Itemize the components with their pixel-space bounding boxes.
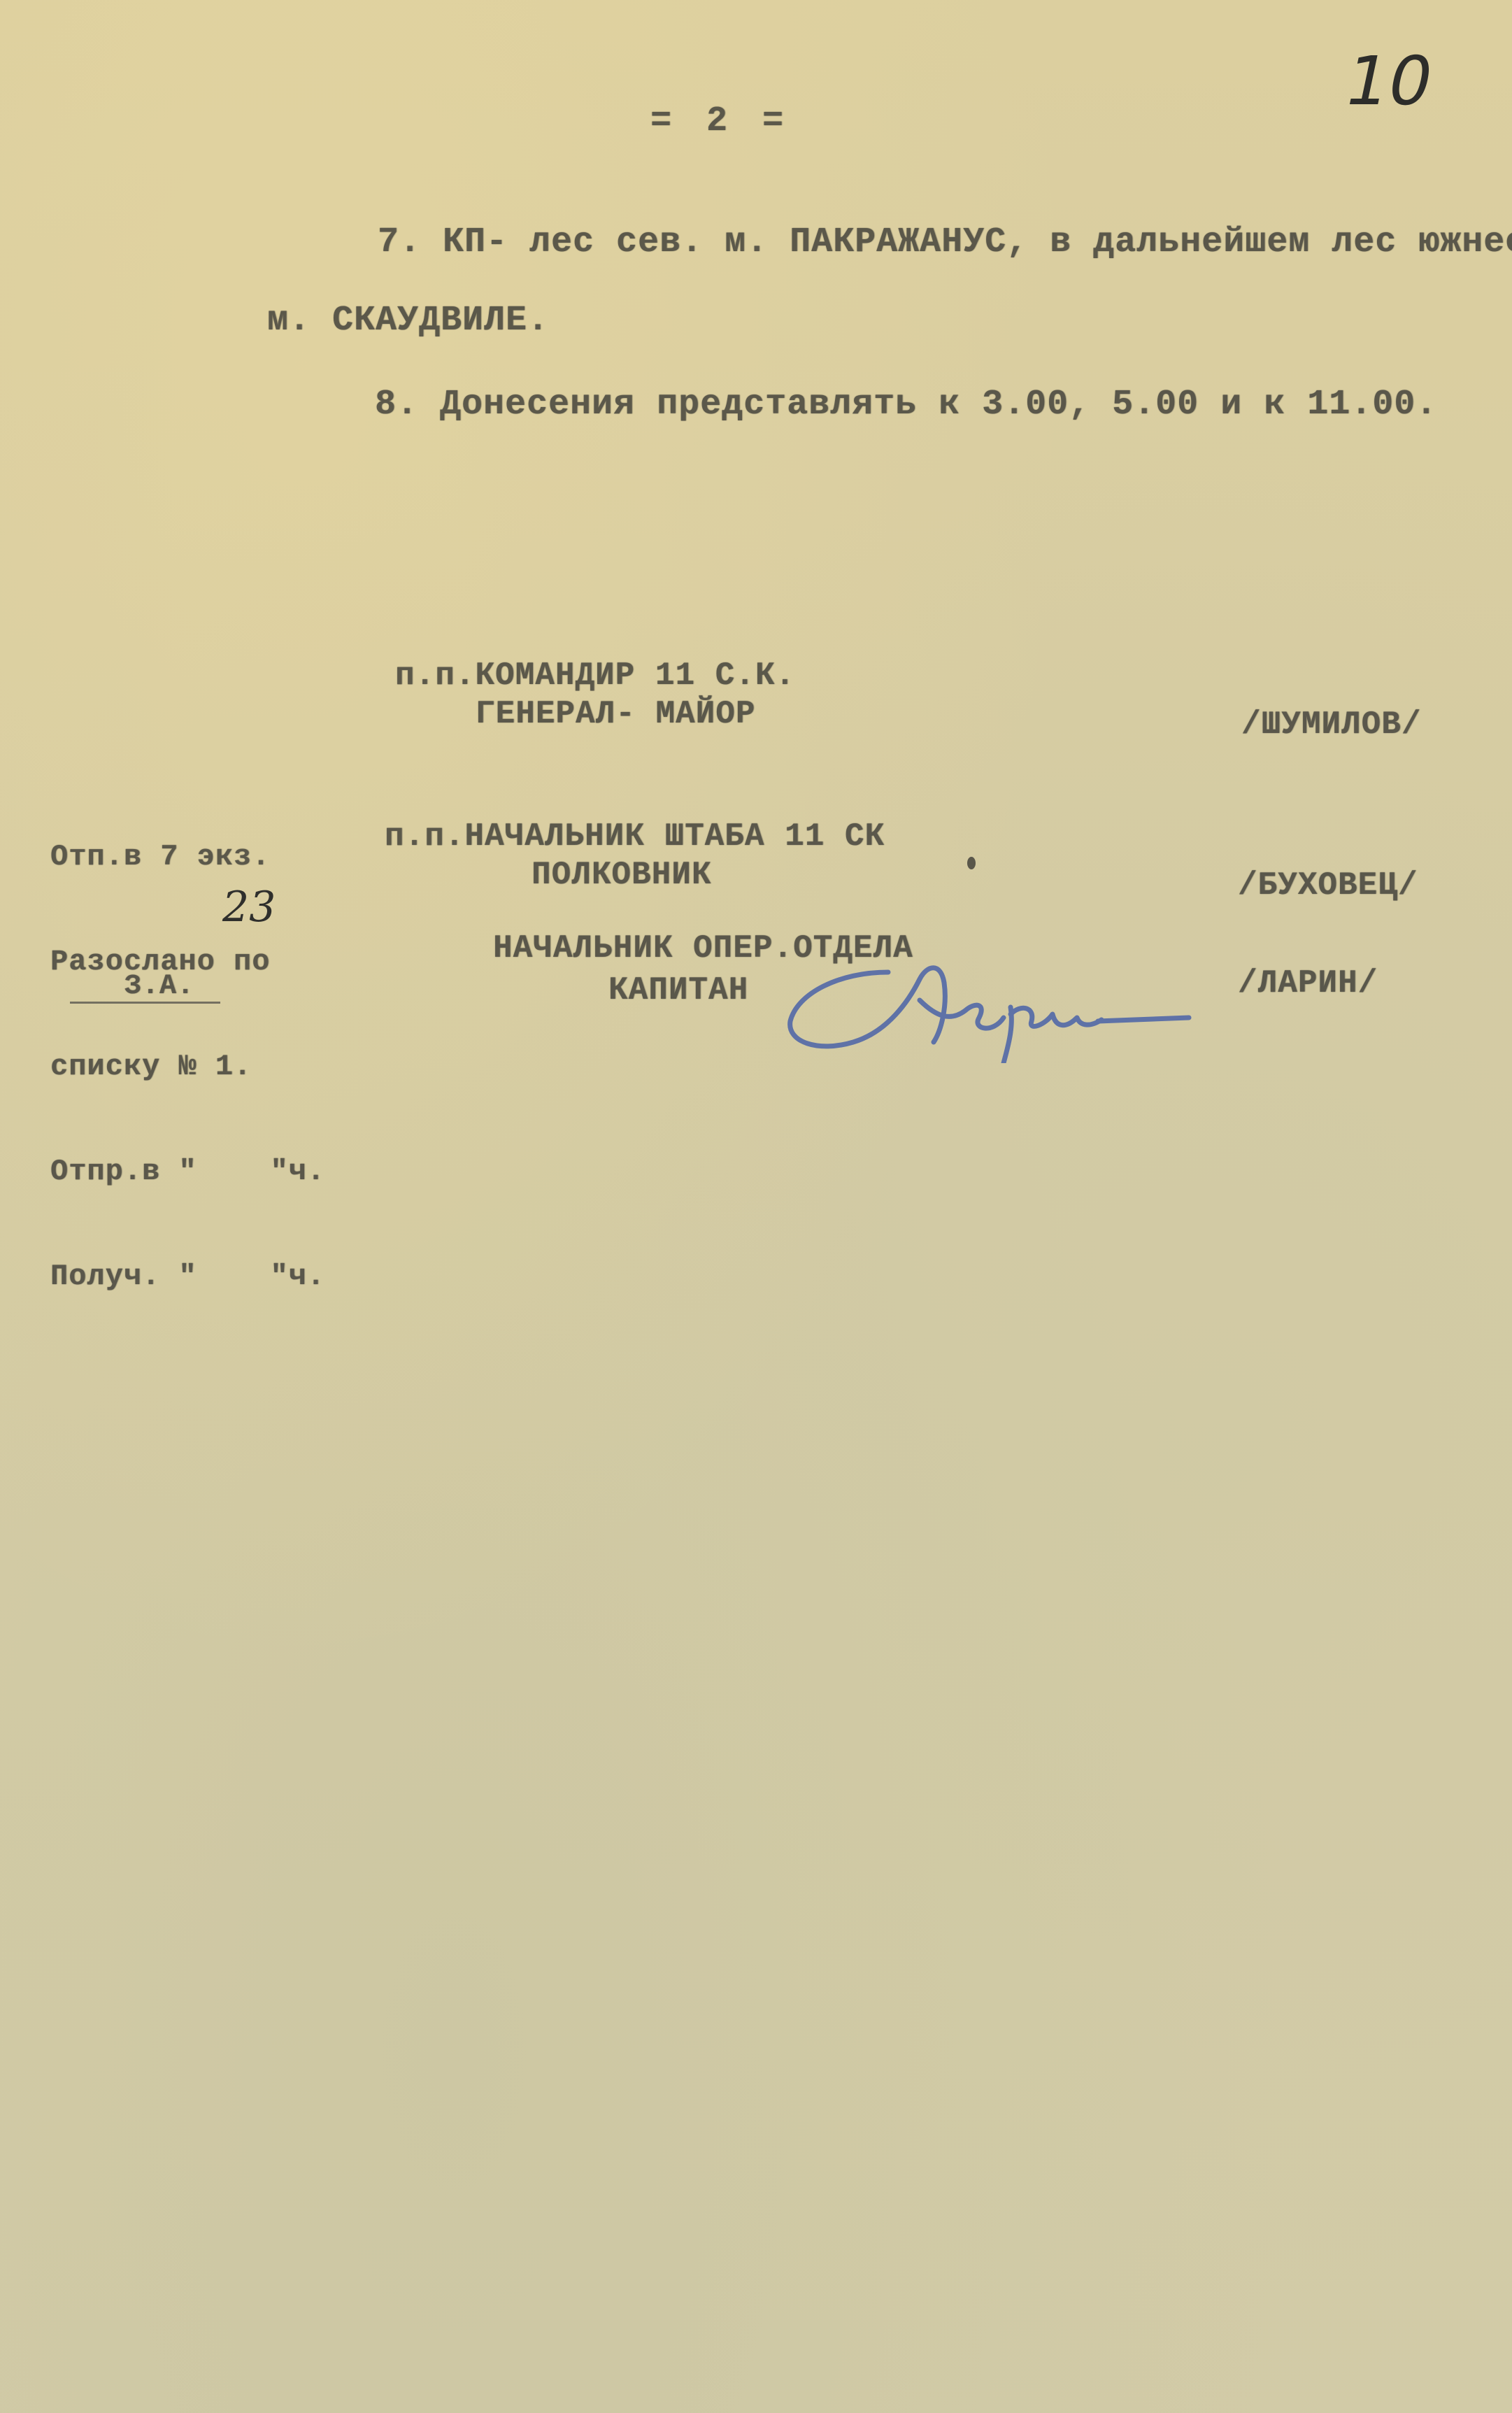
signature-2-title: п.п.НАЧАЛЬНИК ШТАБА 11 СК [385,818,885,855]
margin-note-line: Отп.в 7 экз. [50,839,325,874]
margin-note: Отп.в 7 экз. Разослано по списку № 1. От… [50,769,325,1329]
signature-1-title: п.п.КОМАНДИР 11 С.К. [395,657,795,694]
signature-2-rank: ПОЛКОВНИК [532,857,711,893]
paragraph-8: 8. Донесения представлять к 3.00, 5.00 и… [375,385,1437,425]
signature-3-name: /ЛАРИН/ [1238,965,1378,1002]
margin-note-line: списку № 1. [50,1049,325,1084]
typist-initials: З.А. [124,971,194,1002]
ink-dot [967,857,976,869]
paragraph-7-line-1: 7. КП- лес сев. м. ПАКРАЖАНУС, в дальней… [378,222,1512,262]
margin-note-line: Получ. " "ч. [50,1259,325,1294]
margin-note-line: Отпр.в " "ч. [50,1154,325,1189]
signature-3-rank: КАПИТАН [608,972,748,1009]
signature-2-name: /БУХОВЕЦ/ [1238,867,1418,904]
handwritten-signature-icon [769,951,1259,1063]
signature-1-name: /ШУМИЛОВ/ [1241,706,1421,743]
handwritten-hour: 23 [222,883,276,932]
paragraph-7-line-2: м. СКАУДВИЛЕ. [267,301,549,341]
signature-1-rank: ГЕНЕРАЛ- МАЙОР [476,696,755,732]
initials-underline [70,1002,220,1004]
page-header: = 2 = [650,101,790,141]
page-number-handwritten: 10 [1338,42,1440,120]
